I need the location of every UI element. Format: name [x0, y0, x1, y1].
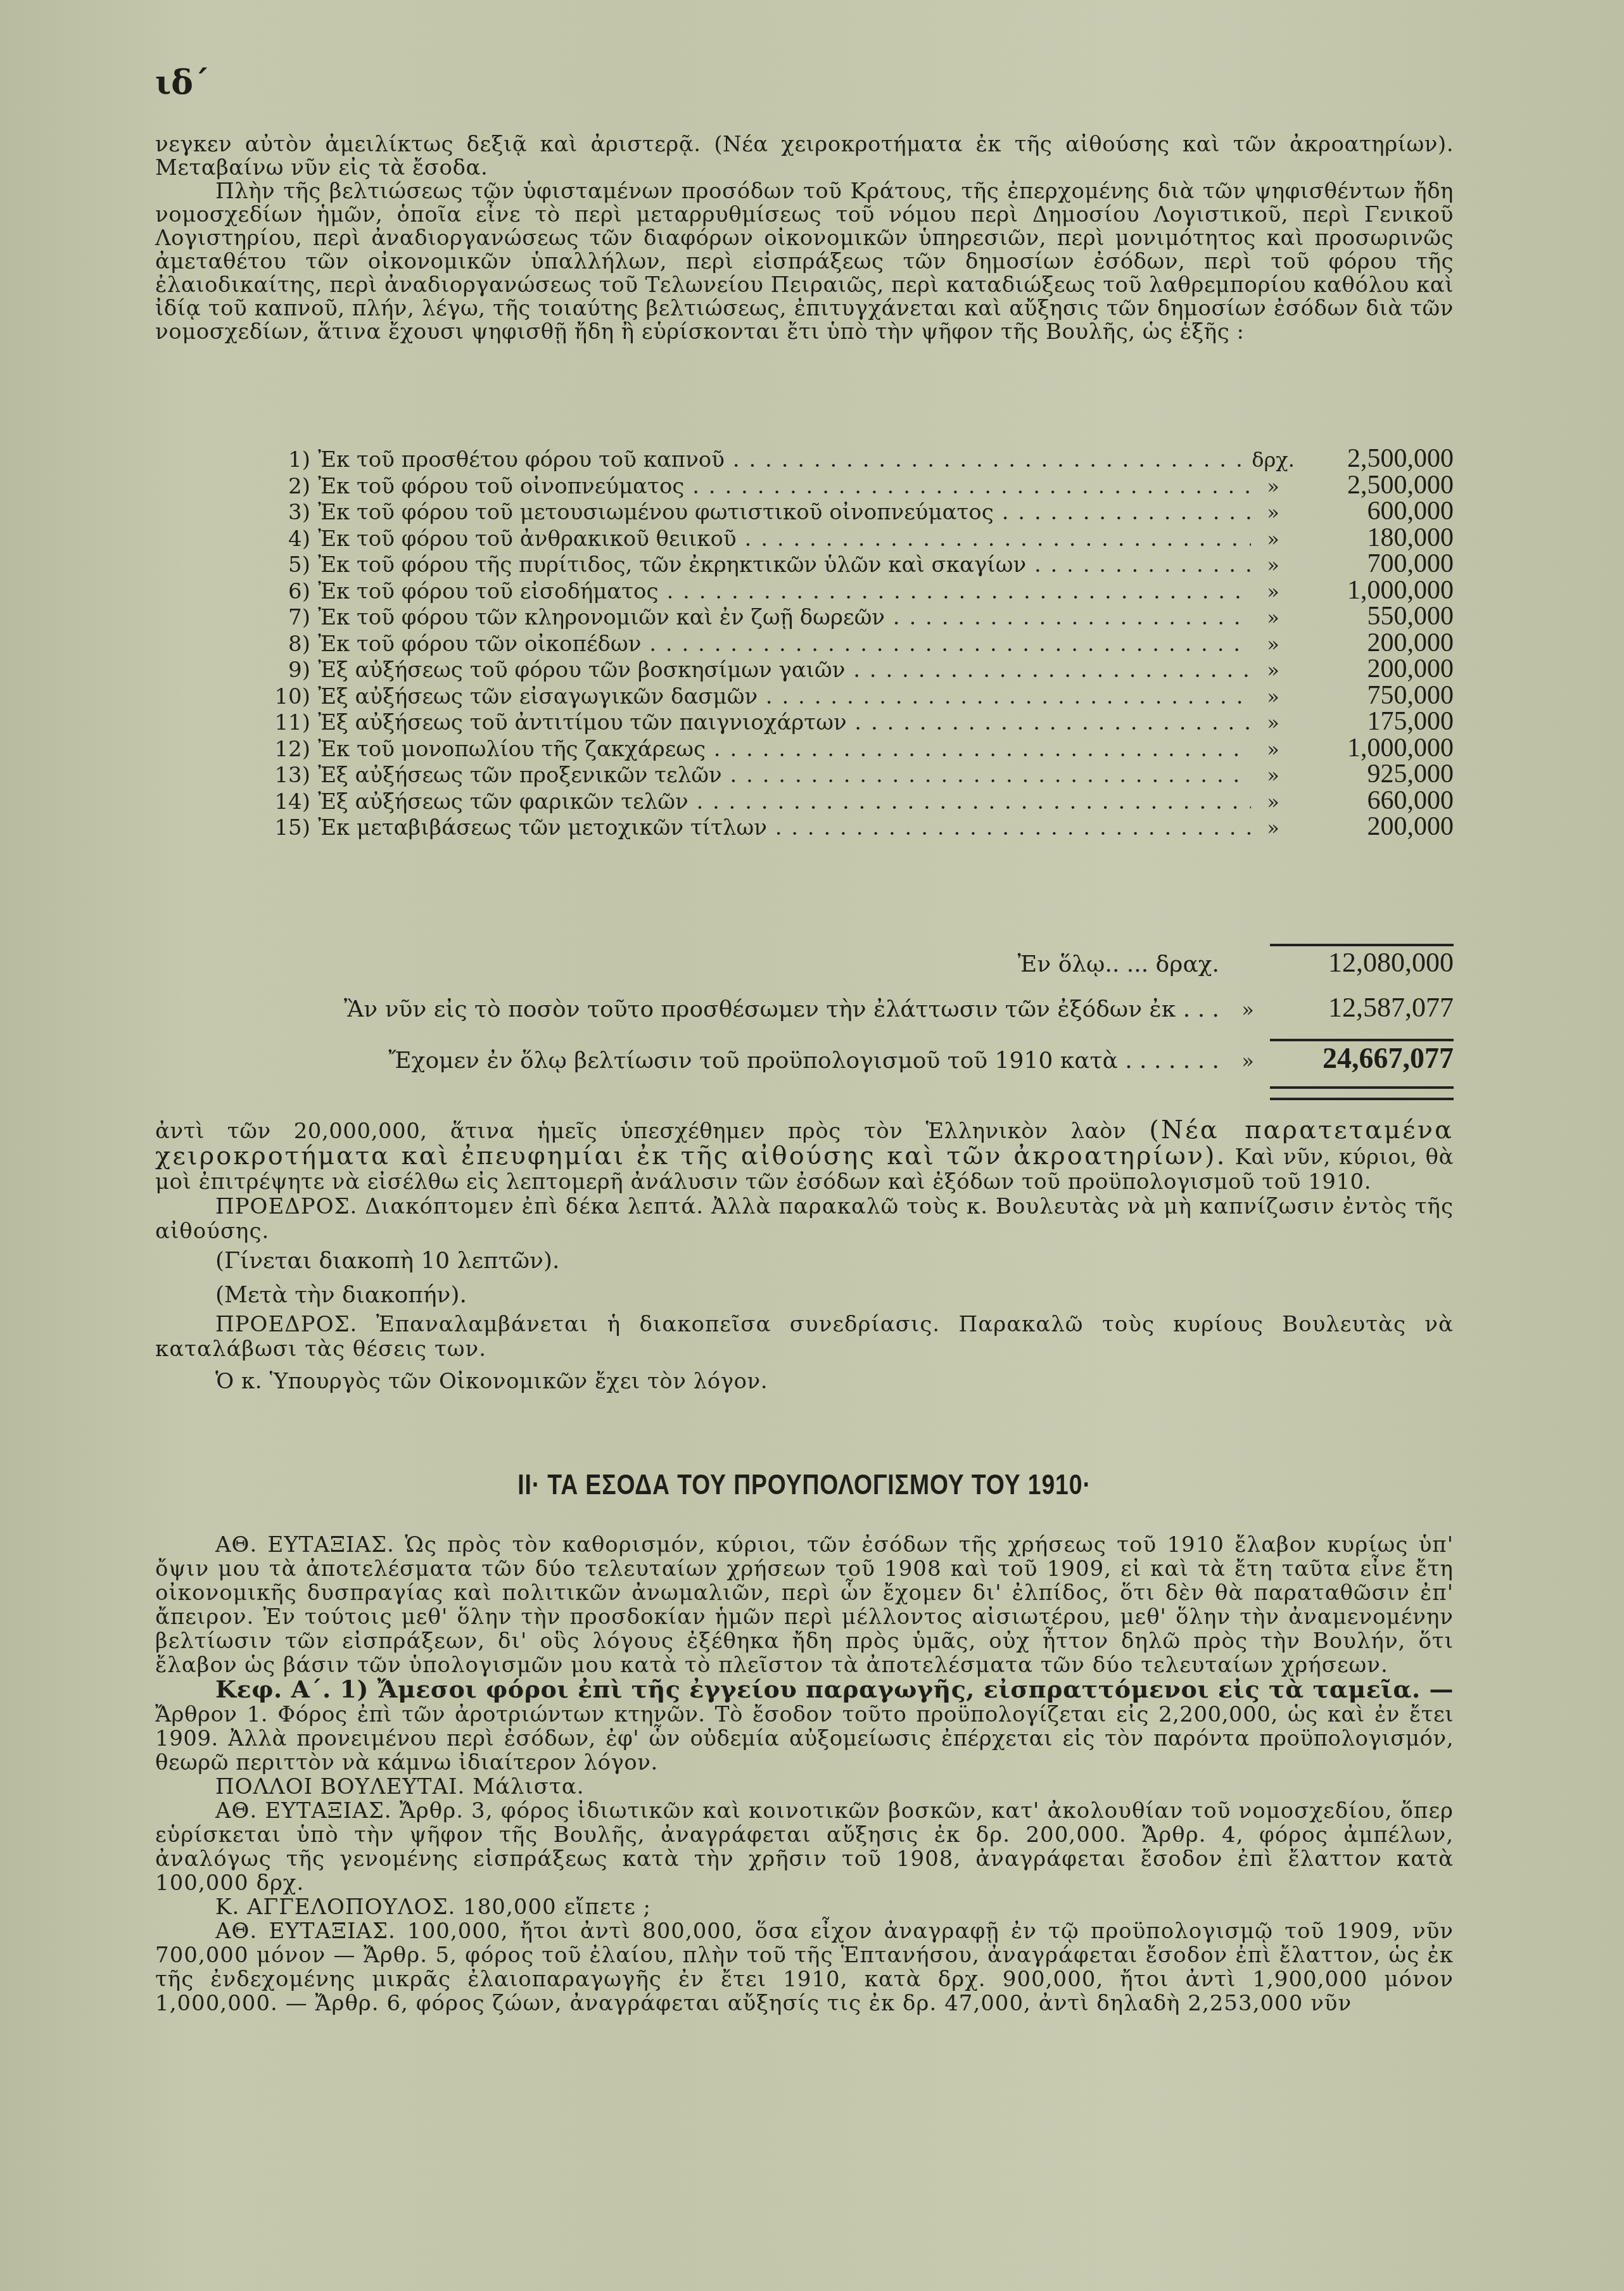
- item-unit: »: [1251, 606, 1295, 630]
- item-label: Ἐκ τοῦ φόρου τοῦ εἰσοδήματος: [318, 579, 1251, 604]
- item-number: 13): [260, 763, 318, 788]
- item-unit: »: [1251, 711, 1295, 735]
- revenue-row: 1)Ἐκ τοῦ προσθέτου φόρου τοῦ καπνοῦδρχ.2…: [260, 443, 1454, 470]
- item-label: Ἐξ αὐξήσεως τῶν εἰσαγωγικῶν δασμῶν: [318, 684, 1251, 709]
- item-amount: 200,000: [1295, 811, 1454, 842]
- item-label: Ἐκ τοῦ φόρου τῶν κληρονομιῶν καὶ ἐν ζωῇ …: [318, 605, 1251, 630]
- item-number: 7): [260, 605, 318, 630]
- total-unit: »: [1226, 998, 1270, 1022]
- item-unit: »: [1251, 816, 1295, 840]
- revenue-row: 11)Ἐξ αὐξήσεως τοῦ ἀντιτίμου τῶν παιγνιο…: [260, 706, 1454, 733]
- item-label: Ἐκ τοῦ φόρου τῶν οἰκοπέδων: [318, 631, 1251, 657]
- item-number: 12): [260, 737, 318, 762]
- total-label: Ἂν νῦν εἰς τὸ ποσὸν τοῦτο προσθέσωμεν τὴ…: [339, 996, 1226, 1022]
- paragraph-eftaxias-2: ΑΘ. ΕΥΤΑΞΙΑΣ. Ἄρθρ. 3, φόρος ἰδιωτικῶν κ…: [155, 1799, 1454, 1895]
- paragraph-minister-floor: Ὁ κ. Ὑπουργὸς τῶν Οἰκονομικῶν ἔχει τὸν λ…: [155, 1369, 1454, 1394]
- revenue-section-body: ΑΘ. ΕΥΤΑΞΙΑΣ. Ὡς πρὸς τὸν καθορισμόν, κύ…: [155, 1533, 1454, 2015]
- item-label: Ἐξ αὐξήσεως τῶν προξενικῶν τελῶν: [318, 763, 1251, 788]
- revenue-list: 1)Ἐκ τοῦ προσθέτου φόρου τοῦ καπνοῦδρχ.2…: [260, 443, 1454, 838]
- item-unit: »: [1251, 580, 1295, 604]
- stage-direction-after-break: (Μετὰ τὴν διακοπήν).: [155, 1278, 1454, 1312]
- item-label: Ἐκ τοῦ φόρου τοῦ οἰνοπνεύματος: [318, 474, 1251, 499]
- item-unit: »: [1251, 763, 1295, 787]
- text-span: Ἄρθρον 1. Φόρος ἐπὶ τῶν ἀροτριώντων κτην…: [155, 1702, 1454, 1775]
- total-label: Ἐν ὅλῳ.. ... δραχ.: [339, 951, 1226, 977]
- section-title: ΙΙ· ΤΑ ΕΣΟΔΑ ΤΟΥ ΠΡΟΥΠΟΛΟΓΙΣΜΟΥ ΤΟΥ 1910…: [253, 1469, 1357, 1501]
- double-underline: [1270, 1086, 1454, 1100]
- item-label: Ἐκ τοῦ μονοπωλίου τῆς ζακχάρεως: [318, 737, 1251, 762]
- revenue-row: 15)Ἐκ μεταβιβάσεως τῶν μετοχικῶν τίτλων»…: [260, 811, 1454, 838]
- total-unit: »: [1226, 1049, 1270, 1073]
- paragraph-chapter-a: Κεφ. Α΄. 1) Ἄμεσοι φόροι ἐπὶ τῆς ἐγγείου…: [155, 1677, 1454, 1775]
- intro-paragraph-2: Πλὴν τῆς βελτιώσεως τῶν ὑφισταμένων προσ…: [155, 180, 1454, 344]
- paragraph-angelopoulos: Κ. ΑΓΓΕΛΟΠΟΥΛΟΣ. 180,000 εἴπετε ;: [155, 1895, 1454, 1919]
- item-label: Ἐξ αὐξήσεως τοῦ φόρου τῶν βοσκησίμων γαι…: [318, 657, 1251, 683]
- text-span: ἀντὶ τῶν 20,000,000, ἅτινα ἡμεῖς ὑπεσχέθ…: [155, 1119, 1149, 1144]
- intro-section: νεγκεν αὐτὸν ἀμειλίκτως δεξιᾷ καὶ ἀριστε…: [155, 133, 1454, 344]
- item-number: 1): [260, 447, 318, 473]
- item-label: Ἐκ τοῦ προσθέτου φόρου τοῦ καπνοῦ: [318, 447, 1251, 473]
- item-number: 8): [260, 631, 318, 657]
- item-number: 3): [260, 500, 318, 525]
- item-unit: »: [1251, 553, 1295, 577]
- item-unit: »: [1251, 474, 1295, 498]
- total-amount: 12,587,077: [1270, 991, 1454, 1024]
- chapter-heading: Κεφ. Α΄. 1) Ἄμεσοι φόροι ἐπὶ τῆς ἐγγείου…: [215, 1675, 1454, 1703]
- paragraph-promise: ἀντὶ τῶν 20,000,000, ἅτινα ἡμεῖς ὑπεσχέθ…: [155, 1118, 1454, 1195]
- item-number: 11): [260, 710, 318, 735]
- revenue-row: 4)Ἐκ τοῦ φόρου τοῦ ἀνθρακικοῦ θειικοῦ»18…: [260, 523, 1454, 549]
- paragraph-president-1: ΠΡΟΕΔΡΟΣ. Διακόπτομεν ἐπὶ δέκα λεπτά. Ἀλ…: [155, 1195, 1454, 1244]
- item-unit: »: [1251, 527, 1295, 551]
- item-label: Ἐκ τοῦ φόρου τῆς πυρίτιδος, τῶν ἐκρηκτικ…: [318, 552, 1251, 578]
- revenue-row: 12)Ἐκ τοῦ μονοπωλίου τῆς ζακχάρεως»1,000…: [260, 733, 1454, 759]
- item-label: Ἐκ μεταβιβάσεως τῶν μετοχικῶν τίτλων: [318, 815, 1251, 841]
- revenue-row: 14)Ἐξ αὐξήσεως τῶν φαρικῶν τελῶν»660,000: [260, 785, 1454, 812]
- revenue-row: 6)Ἐκ τοῦ φόρου τοῦ εἰσοδήματος»1,000,000: [260, 575, 1454, 602]
- revenue-row: 7)Ἐκ τοῦ φόρου τῶν κληρονομιῶν καὶ ἐν ζω…: [260, 601, 1454, 628]
- total-amount: 12,080,000: [1270, 944, 1454, 979]
- interlude-section: ἀντὶ τῶν 20,000,000, ἅτινα ἡμεῖς ὑπεσχέθ…: [155, 1118, 1454, 1394]
- item-number: 5): [260, 552, 318, 578]
- item-label: Ἐξ αὐξήσεως τῶν φαρικῶν τελῶν: [318, 789, 1251, 815]
- item-number: 14): [260, 789, 318, 815]
- totals-block: Ἐν ὅλῳ.. ... δραχ. 12,080,000 Ἂν νῦν εἰς…: [339, 944, 1454, 1086]
- item-unit: »: [1251, 632, 1295, 656]
- item-number: 15): [260, 815, 318, 841]
- item-unit: »: [1251, 737, 1295, 761]
- grand-total-amount: 24,667,077: [1270, 1039, 1454, 1075]
- revenue-row: 8)Ἐκ τοῦ φόρου τῶν οἰκοπέδων»200,000: [260, 628, 1454, 654]
- item-unit: δρχ.: [1251, 448, 1295, 472]
- revenue-row: 3)Ἐκ τοῦ φόρου τοῦ μετουσιωμένου φωτιστι…: [260, 496, 1454, 523]
- stage-direction-break: (Γίνεται διακοπὴ 10 λεπτῶν).: [155, 1244, 1454, 1278]
- revenue-row: 9)Ἐξ αὐξήσεως τοῦ φόρου τῶν βοσκησίμων γ…: [260, 654, 1454, 680]
- item-unit: »: [1251, 658, 1295, 682]
- total-row-grand: Ἔχομεν ἐν ὅλῳ βελτίωσιν τοῦ προϋπολογισμ…: [339, 1039, 1454, 1086]
- intro-paragraph-1: νεγκεν αὐτὸν ἀμειλίκτως δεξιᾷ καὶ ἀριστε…: [155, 133, 1454, 180]
- item-number: 6): [260, 579, 318, 604]
- paragraph-eftaxias-1: ΑΘ. ΕΥΤΑΞΙΑΣ. Ὡς πρὸς τὸν καθορισμόν, κύ…: [155, 1533, 1454, 1677]
- total-row-expense-reduction: Ἂν νῦν εἰς τὸ ποσὸν τοῦτο προσθέσωμεν τὴ…: [339, 991, 1454, 1039]
- item-number: 9): [260, 657, 318, 683]
- paragraph-eftaxias-3: ΑΘ. ΕΥΤΑΞΙΑΣ. 100,000, ἤτοι ἀντὶ 800,000…: [155, 1919, 1454, 2015]
- total-label: Ἔχομεν ἐν ὅλῳ βελτίωσιν τοῦ προϋπολογισμ…: [339, 1048, 1226, 1074]
- revenue-row: 13)Ἐξ αὐξήσεως τῶν προξενικῶν τελῶν»925,…: [260, 759, 1454, 785]
- item-number: 2): [260, 474, 318, 499]
- item-label: Ἐκ τοῦ φόρου τοῦ μετουσιωμένου φωτιστικο…: [318, 500, 1251, 525]
- item-unit: »: [1251, 685, 1295, 709]
- item-unit: »: [1251, 500, 1295, 524]
- page-number: ιδ΄: [155, 63, 210, 102]
- revenue-row: 2)Ἐκ τοῦ φόρου τοῦ οἰνοπνεύματος»2,500,0…: [260, 470, 1454, 497]
- item-unit: »: [1251, 790, 1295, 814]
- paragraph-president-2: ΠΡΟΕΔΡΟΣ. Ἐπαναλαμβάνεται ἡ διακοπεῖσα σ…: [155, 1312, 1454, 1362]
- item-number: 10): [260, 684, 318, 709]
- item-number: 4): [260, 526, 318, 552]
- item-label: Ἐξ αὐξήσεως τοῦ ἀντιτίμου τῶν παιγνιοχάρ…: [318, 710, 1251, 735]
- revenue-row: 10)Ἐξ αὐξήσεως τῶν εἰσαγωγικῶν δασμῶν»75…: [260, 680, 1454, 707]
- total-row-sum: Ἐν ὅλῳ.. ... δραχ. 12,080,000: [339, 944, 1454, 991]
- paragraph-many-deputies: ΠΟΛΛΟΙ ΒΟΥΛΕΥΤΑΙ. Μάλιστα.: [155, 1775, 1454, 1799]
- item-label: Ἐκ τοῦ φόρου τοῦ ἀνθρακικοῦ θειικοῦ: [318, 526, 1251, 552]
- revenue-row: 5)Ἐκ τοῦ φόρου τῆς πυρίτιδος, τῶν ἐκρηκτ…: [260, 549, 1454, 575]
